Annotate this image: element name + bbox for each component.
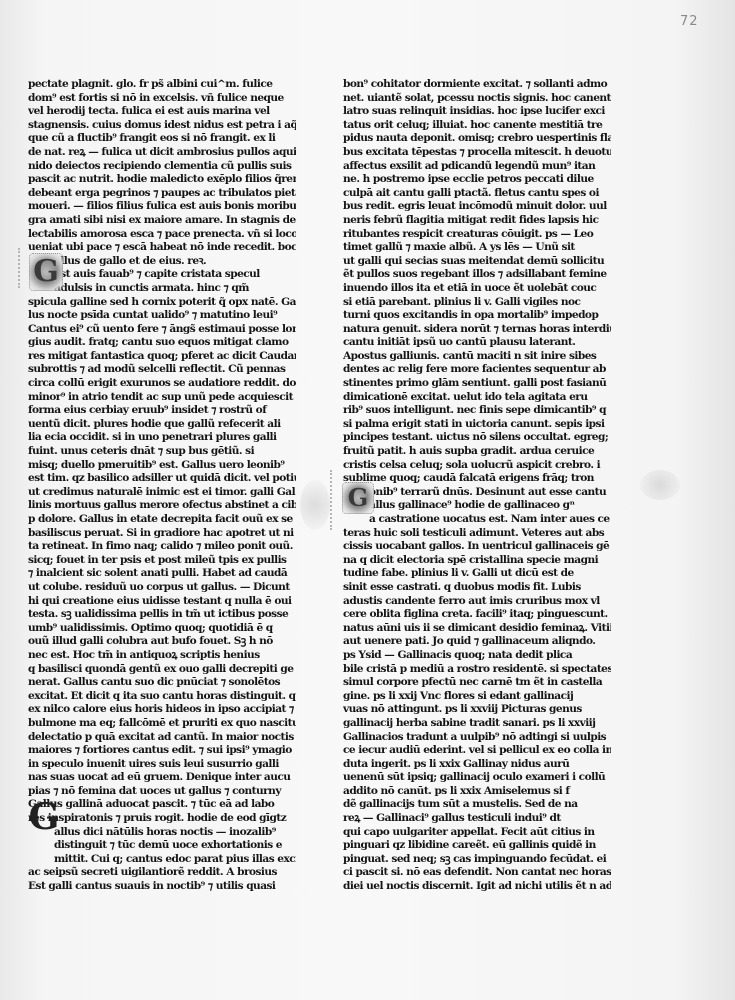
manuscript-line: excitat. Et dicit q ita suo cantu horas … — [28, 690, 296, 704]
manuscript-line: que cũ a fluctib⁹ frangit eos si nō fran… — [28, 132, 296, 146]
manuscript-line: dentes ac relig fere more facientes sequ… — [343, 363, 611, 377]
manuscript-line: res mitigat fantastica quoq; pferet ac d… — [28, 350, 296, 364]
manuscript-line: gius audit. fratq; cantu suo equos mitig… — [28, 336, 296, 350]
manuscript-line: spicula galline sed h cornix poterit q̃ … — [28, 296, 296, 310]
manuscript-line: natus aūni uis ii se dimicant desidio fe… — [343, 622, 611, 636]
folio-number: 72 — [680, 14, 699, 29]
manuscript-line: Gallus gallinā aduocat pascit. ⁊ tūc eā … — [28, 798, 296, 812]
manuscript-line: bon⁹ cohitator dormiente excitat. ⁊ soll… — [343, 78, 611, 92]
manuscript-line: delectatio p quā excitat ad cantũ. In ma… — [28, 731, 296, 745]
manuscript-line: a castratione uocatus est. Nam inter aue… — [343, 513, 611, 527]
manuscript-line: moueri. — filios filius fulica est auis … — [28, 200, 296, 214]
manuscript-line: cere oblita figlina creta. facili⁹ itaq;… — [343, 608, 611, 622]
manuscript-line: lia ecia occidit. si in uno penetrari pl… — [28, 431, 296, 445]
manuscript-line: gra amati sibi nisi ex maiore amare. In … — [28, 214, 296, 228]
manuscript-line: duta ingerit. ps li xxix Gallinay nidus … — [343, 758, 611, 772]
manuscript-line: misq; duello pmeruitib⁹ est. Gallus uero… — [28, 459, 296, 473]
manuscript-line: pectate plagnit. glo. fr ps̃ albini cui^… — [28, 78, 296, 92]
manuscript-line: allus dici nātūlis horas noctis — inozal… — [28, 826, 296, 840]
manuscript-line: dimicationē excitat. uelut ido tela agit… — [343, 391, 611, 405]
manuscript-line: rib⁹ suos intelligunt. nec finis sepe di… — [343, 404, 611, 418]
margin-flourish-left — [18, 248, 20, 288]
manuscript-line: sit leonib⁹ terrarũ dnūs. Desinunt aut e… — [343, 486, 611, 500]
manuscript-line: ut galli qui secias suas meitendat demū … — [343, 255, 611, 269]
manuscript-line: ⁊ inalcient sic solent anati pulli. Habe… — [28, 567, 296, 581]
right-text-column: bon⁹ cohitator dormiente excitat. ⁊ soll… — [343, 78, 611, 894]
manuscript-line: allus de gallo et de eius. reꝛ. — [28, 255, 296, 269]
manuscript-line: natura genuit. sidera norūt ⁊ ternas hor… — [343, 323, 611, 337]
manuscript-line: nas suas uocat ad eū gruem. Denique inte… — [28, 771, 296, 785]
manuscript-line: si etiā parebant. plinius li v. Galli vi… — [343, 296, 611, 310]
manuscript-line: ueniat ubi pace ⁊ escā habeat nō inde re… — [28, 241, 296, 255]
manuscript-line: adulsis in cunctis armata. hinc ⁊ qm̃ — [28, 282, 296, 296]
manuscript-line: lectabilis amorosa esca ⁊ pace prenecta.… — [28, 228, 296, 242]
manuscript-line: ouũ illud galli colubra aut bufo fouet. … — [28, 635, 296, 649]
manuscript-line: pidus nauta deponit. omisq; crebro uespe… — [343, 132, 611, 146]
manuscript-line: ex nilco calore eius horis hideos in ips… — [28, 703, 296, 717]
manuscript-line: fruitũ patit. h auis supba gradit. ardua… — [343, 445, 611, 459]
manuscript-line: Est galli cantus suauis in noctib⁹ ⁊ uti… — [28, 880, 296, 894]
manuscript-line: forma eius cerbiay eruub⁹ insidet ⁊ rost… — [28, 404, 296, 418]
manuscript-line: affectus exsilit ad pdicandũ legendũ mun… — [343, 160, 611, 174]
manuscript-line: est tim. qz basilico adsiller ut quidā d… — [28, 472, 296, 486]
manuscript-line: ta retineat. In fimo naq; calido ⁊ mileo… — [28, 540, 296, 554]
manuscript-line: inuendo illos ita et etiā in uoce ẽt uol… — [343, 282, 611, 296]
manuscript-line: est auis fauab⁹ ⁊ capite cristata specul — [28, 268, 296, 282]
manuscript-line: in speculo inuenit uires suis leui susur… — [28, 758, 296, 772]
manuscript-line: nido deiectos recipiendo clementia cũ pu… — [28, 160, 296, 174]
manuscript-line: addito nō canūt. ps li xxix Amiselemus s… — [343, 785, 611, 799]
manuscript-line: Cantus ei⁹ cũ uento fere ⁊ āngs̃ estimau… — [28, 323, 296, 337]
manuscript-line: dom⁹ est fortis si nō in excelsis. vñ fu… — [28, 92, 296, 106]
margin-smudge — [640, 470, 680, 500]
manuscript-line: linis mortuus gallus merore ofectus abst… — [28, 499, 296, 513]
manuscript-line: pascit ac nutrit. hodie maledicto exēplo… — [28, 173, 296, 187]
manuscript-line: pinguari qz libidine careẽt. eū gallinis… — [343, 839, 611, 853]
manuscript-line: ac seipsũ secreti uigilantiorẽ reddit. A… — [28, 866, 296, 880]
manuscript-line: ritubantes respicit creaturas cōuigit. p… — [343, 228, 611, 242]
manuscript-line: simul corpore pfectū nec carnē tm ẽt in … — [343, 676, 611, 690]
manuscript-line: vuas nō attingunt. ps li xxviij Picturas… — [343, 703, 611, 717]
manuscript-line: timet gallũ ⁊ maxie albũ. A ys lēs — Unũ… — [343, 241, 611, 255]
manuscript-line: basiliscus peruat. Si in gradiore hac ap… — [28, 527, 296, 541]
manuscript-line: diei uel noctis discernit. Igit ad nichi… — [343, 880, 611, 894]
manuscript-line: sicq; fouet in ter psis et post mileũ tp… — [28, 554, 296, 568]
manuscript-line: net. uiantẽ solat, pcessu noctis signis.… — [343, 92, 611, 106]
manuscript-line: si palma erigit stati in uictoria canunt… — [343, 418, 611, 432]
manuscript-line: na q dicit electoria spē cristallina spe… — [343, 554, 611, 568]
manuscript-line: vel herodij tecta. fulica ei est auis ma… — [28, 105, 296, 119]
decorated-initial-g: G — [27, 797, 61, 837]
manuscript-line: culpā ait cantu galli ptactã. fletus can… — [343, 187, 611, 201]
manuscript-line: lus nocte psīda cuntat ualido⁹ ⁊ matutin… — [28, 309, 296, 323]
manuscript-line: stagnensis. cuius domus idest nidus est … — [28, 119, 296, 133]
manuscript-line: sublime quoq; caudā falcatā erigens frāq… — [343, 472, 611, 486]
manuscript-line: allus gallinace⁹ hodie de gallinaceo gⁿ — [343, 499, 611, 513]
manuscript-line: neris febrũ flagitia mitigat redit fides… — [343, 214, 611, 228]
manuscript-line: qui capo uulgariter appellat. Fecit aūt … — [343, 826, 611, 840]
manuscript-line: ne. h postremo ipse ecclie petros peccat… — [343, 173, 611, 187]
decorated-initial-g: G — [342, 482, 374, 514]
manuscript-line: Apostus galliunis. cantū maciti n sit in… — [343, 350, 611, 364]
manuscript-line: umb⁹ ualidissimis. Optimo quoq; quotidiā… — [28, 622, 296, 636]
manuscript-line: distinguit ⁊ tūc demū uoce exhortationis… — [28, 839, 296, 853]
manuscript-page: 72 pectate plagnit. glo. fr ps̃ albini c… — [0, 0, 735, 1000]
manuscript-line: gine. ps li xxij Vnc flores si edant gal… — [343, 690, 611, 704]
manuscript-line: testa. sꝫ ualidissima pellis in tm̃ ut i… — [28, 608, 296, 622]
manuscript-line: tatus orit celuq; illuiat. hoc canente m… — [343, 119, 611, 133]
manuscript-line: Gallinacios tradunt a uulpib⁹ nō adtingi… — [343, 731, 611, 745]
manuscript-line: debeant erga pegrinos ⁊ paupes ac tribul… — [28, 187, 296, 201]
manuscript-line: fuint. unus ceteris dnāt ⁊ sup bus gētiũ… — [28, 445, 296, 459]
manuscript-line: pias ⁊ nō femina dat uoces ut gallus ⁊ c… — [28, 785, 296, 799]
manuscript-line: dẽ gallinacijs tum sūt a mustelis. Sed d… — [343, 798, 611, 812]
manuscript-line: bile cristā p mediū a rostro residentē. … — [343, 663, 611, 677]
manuscript-line: teras huic soli testiculi adimunt. Veter… — [343, 527, 611, 541]
manuscript-line: stinentes primo glām sentiunt. galli pos… — [343, 377, 611, 391]
manuscript-line: de nat. reꝝ — fulica ut dicit ambrosius … — [28, 146, 296, 160]
left-text-column: pectate plagnit. glo. fr ps̃ albini cui^… — [28, 78, 296, 894]
manuscript-line: latro suas relinquit insidias. hoc ipse … — [343, 105, 611, 119]
manuscript-line: minor⁹ in atrio tendit ac sup unũ pede a… — [28, 391, 296, 405]
manuscript-line: q basilisci quondā gentũ ex ouo galli de… — [28, 663, 296, 677]
manuscript-line: hi qui creatione eius uidisse testant q … — [28, 595, 296, 609]
manuscript-line: sinit esse castrati. q duobus modis fit.… — [343, 581, 611, 595]
manuscript-line: ci pascit si. nō eas defendit. Non canta… — [343, 866, 611, 880]
manuscript-line: pinguat. sed neq; sꝫ cas impinguando fec… — [343, 853, 611, 867]
manuscript-line: mittit. Cui q; cantus edoc parat pius il… — [28, 853, 296, 867]
decorated-initial-g: G — [29, 253, 63, 291]
manuscript-line: bulmone ma eq; fallcōmē et pruriti ex qu… — [28, 717, 296, 731]
manuscript-line: ut colube. residuũ uo corpus ut gallus. … — [28, 581, 296, 595]
manuscript-line: bus excitata tēpestas ⁊ procella mitesci… — [343, 146, 611, 160]
margin-flourish-right-column — [330, 470, 332, 530]
manuscript-line: reꝝ — Gallinaci⁹ gallus testiculi indui⁹… — [343, 812, 611, 826]
manuscript-line: cristis celsa celuq; sola uolucrũ aspici… — [343, 459, 611, 473]
manuscript-line: nerat. Gallus cantu suo dic pnūciat ⁊ so… — [28, 676, 296, 690]
manuscript-line: pincipes testant. uictus nō silens occul… — [343, 431, 611, 445]
manuscript-line: subrottis ⁊ ad modũ selcelli reflectit. … — [28, 363, 296, 377]
manuscript-line: p dolore. Gallus in etate decrepita faci… — [28, 513, 296, 527]
manuscript-line: bus redit. egris leuat incōmodũ minuit d… — [343, 200, 611, 214]
manuscript-line: res inspiratonis ⁊ pruis rogit. hodie de… — [28, 812, 296, 826]
manuscript-line: gallinacij herba sabine tradit sanari. p… — [343, 717, 611, 731]
manuscript-line: ut credimus naturalē inimic est ei timor… — [28, 486, 296, 500]
manuscript-line: tudine fabe. plinius li v. Galli ut dicū… — [343, 567, 611, 581]
manuscript-line: maiores ⁊ fortiores cantus edit. ⁊ sui i… — [28, 744, 296, 758]
manuscript-line: circa collū erigit exurunos se audatiore… — [28, 377, 296, 391]
manuscript-line: ce iecur audiū ederint. vel si pellicul … — [343, 744, 611, 758]
manuscript-line: nec est. Hoc tm̃ in antiquoꝝ scriptis he… — [28, 649, 296, 663]
manuscript-line: ps Ysid — Gallinacis quoq; nata dedit pl… — [343, 649, 611, 663]
manuscript-line: uenenū sūt ipsiq; gallinacij oculo exame… — [343, 771, 611, 785]
manuscript-line: adustis candente ferro aut imis cruribus… — [343, 595, 611, 609]
manuscript-line: cantu initiāt ipsũ uo cantū plausu later… — [343, 336, 611, 350]
manuscript-line: turni quos excitandis in opa mortalib⁹ i… — [343, 309, 611, 323]
manuscript-line: aut uenere pati. Jo quid ⁊ gallinaceum a… — [343, 635, 611, 649]
manuscript-line: cissis uocabant gallos. In uentricul gal… — [343, 540, 611, 554]
margin-smudge — [300, 480, 330, 530]
manuscript-line: ẽt pullos suos regebant illos ⁊ adsillab… — [343, 268, 611, 282]
manuscript-line: uentũ dicit. plures hodie que gallũ refe… — [28, 418, 296, 432]
